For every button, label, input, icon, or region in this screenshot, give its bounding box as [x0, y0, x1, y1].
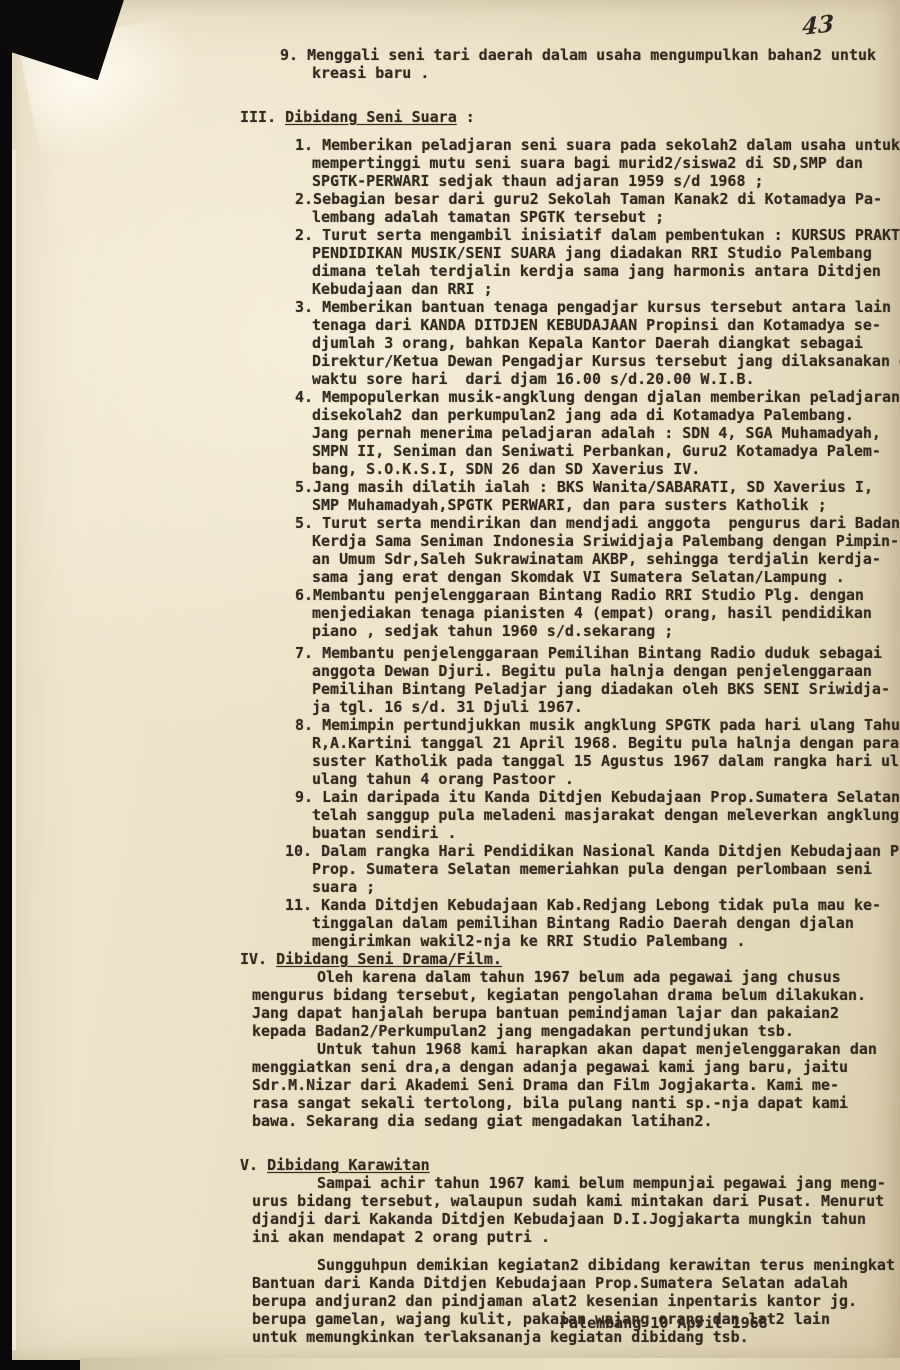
text-line: Sdr.M.Nizar dari Akademi Seni Drama dan …	[252, 1076, 900, 1094]
text-line: suara ;	[312, 878, 900, 896]
bottom-edge-strip	[80, 1358, 900, 1370]
heading-suffix: :	[457, 108, 475, 126]
heading-title: Dibidang Seni Drama/Film.	[276, 950, 502, 968]
heading-numeral: III.	[240, 108, 285, 126]
text-line: ini akan mendapat 2 orang putri .	[252, 1228, 900, 1246]
text-line: Direktur/Ketua Dewan Pengadjar Kursus te…	[312, 352, 900, 370]
text-line: Pemilihan Bintang Peladjar jang diadakan…	[312, 680, 900, 698]
text-line: 3. Memberikan bantuan tenaga pengadjar k…	[295, 298, 900, 316]
text-line: disekolah2 dan perkumpulan2 jang ada di …	[312, 406, 900, 424]
text-line: Kerdja Sama Seniman Indonesia Sriwidjaja…	[312, 532, 900, 550]
text-line: PENDIDIKAN MUSIK/SENI SUARA jang diadaka…	[312, 244, 900, 262]
scan-edge-notch	[0, 555, 9, 615]
paper-edge-highlight	[12, 150, 16, 1350]
text-line: sama jang erat dengan Skomdak VI Sumater…	[312, 568, 900, 586]
section-heading: V. Dibidang Karawitan	[240, 1156, 900, 1174]
text-line: mempertinggi mutu seni suara bagi murid2…	[312, 154, 900, 172]
text-line: 5. Turut serta mendirikan dan mendjadi a…	[295, 514, 900, 532]
text-line: anggota Dewan Djuri. Begitu pula halnja …	[312, 662, 900, 680]
text-line: bang, S.O.K.S.I, SDN 26 dan SD Xaverius …	[312, 460, 900, 478]
text-line: SPGTK-PERWARI sedjak thaun adjaran 1959 …	[312, 172, 900, 190]
text-line: Jang dapat hanjalah berupa bantuan pemin…	[252, 1004, 900, 1022]
text-line: 2.Sebagian besar dari guru2 Sekolah Tama…	[295, 190, 900, 208]
text-line: mengirimkan wakil2-nja ke RRI Studio Pal…	[312, 932, 900, 950]
text-line: 8. Memimpin pertundjukkan musik angklung…	[295, 716, 900, 734]
text-line: ulang tahun 4 orang Pastoor .	[312, 770, 900, 788]
text-line: djumlah 3 orang, bahkan Kepala Kantor Da…	[312, 334, 900, 352]
text-line: an Umum Sdr,Saleh Sukrawinatam AKBP, seh…	[312, 550, 900, 568]
text-line: Sungguhpun demikian kegiatan2 dibidang k…	[317, 1256, 900, 1274]
text-line: SMPN II, Seniman dan Seniwati Perbankan,…	[312, 442, 900, 460]
text-line: Untuk tahun 1968 kami harapkan akan dapa…	[317, 1040, 900, 1058]
text-line: rasa sangat sekali tertolong, bila pulan…	[252, 1094, 900, 1112]
text-line: Prop. Sumatera Selatan memeriahkan pula …	[312, 860, 900, 878]
text-line: kreasi baru .	[312, 64, 900, 82]
text-line: 2. Turut serta mengambil inisiatif dalam…	[295, 226, 900, 244]
text-line: bawa. Sekarang dia sedang giat mengadaka…	[252, 1112, 900, 1130]
heading-title: Dibidang Karawitan	[267, 1156, 430, 1174]
text-line: ja tgl. 16 s/d. 31 Djuli 1967.	[312, 698, 900, 716]
text-line: mengurus bidang tersebut, kegiatan pengo…	[252, 986, 900, 1004]
text-line: 6.Membantu penjelenggaraan Bintang Radio…	[295, 586, 900, 604]
text-line: lembang adalah tamatan SPGTK tersebut ;	[312, 208, 900, 226]
text-line: 9. Menggali seni tari daerah dalam usaha…	[280, 46, 900, 64]
section-heading: III. Dibidang Seni Suara :	[240, 108, 900, 126]
text-line: R,A.Kartini tanggal 21 April 1968. Begit…	[312, 734, 900, 752]
text-line: Bantuan dari Kanda Ditdjen Kebudajaan Pr…	[252, 1274, 900, 1292]
heading-numeral: V.	[240, 1156, 267, 1174]
text-line: waktu sore hari dari djam 16.00 s/d.20.0…	[312, 370, 900, 388]
heading-numeral: IV.	[240, 950, 276, 968]
text-line: tinggalan dalam pemilihan Bintang Radio …	[312, 914, 900, 932]
scan-edge-notch	[0, 900, 11, 970]
text-line: Oleh karena dalam tahun 1967 belum ada p…	[317, 968, 900, 986]
section-heading: IV. Dibidang Seni Drama/Film.	[240, 950, 900, 968]
text-line: dimana telah terdjalin kerdja sama jang …	[312, 262, 900, 280]
date-line: Palembang 10 April 1968	[560, 1314, 768, 1332]
text-line: Jang pernah menerima peladjaran adalah :…	[312, 424, 900, 442]
text-line: 7. Membantu penjelenggaraan Pemilihan Bi…	[295, 644, 900, 662]
text-line: kepada Badan2/Perkumpulan2 jang mengadak…	[252, 1022, 900, 1040]
text-line: SMP Muhamadyah,SPGTK PERWARI, dan para s…	[312, 496, 900, 514]
text-line: buatan sendiri .	[312, 824, 900, 842]
text-line: Sampai achir tahun 1967 kami belum mempu…	[317, 1174, 900, 1192]
text-line: piano , sedjak tahun 1960 s/d.sekarang ;	[312, 622, 900, 640]
text-line: 1. Memberikan peladjaran seni suara pada…	[295, 136, 900, 154]
paper: 43 9. Menggali seni tari daerah dalam us…	[12, 0, 900, 1360]
text-line: urus bidang tersebut, walaupun sudah kam…	[252, 1192, 900, 1210]
text-line: berupa andjuran2 dan pindjaman alat2 kes…	[252, 1292, 900, 1310]
text-line: djandji dari Kakanda Ditdjen Kebudajaan …	[252, 1210, 900, 1228]
page-number: 43	[802, 10, 834, 41]
text-line: 11. Kanda Ditdjen Kebudajaan Kab.Redjang…	[285, 896, 900, 914]
text-line: menjediakan tenaga pianisten 4 (empat) o…	[312, 604, 900, 622]
text-line: suster Katholik pada tanggal 15 Agustus …	[312, 752, 900, 770]
text-line: telah sanggup pula meladeni masjarakat d…	[312, 806, 900, 824]
text-line: 10. Dalam rangka Hari Pendidikan Nasiona…	[285, 842, 900, 860]
heading-title: Dibidang Seni Suara	[285, 108, 457, 126]
document-lines: 9. Menggali seni tari daerah dalam usaha…	[12, 46, 900, 1346]
scan-background: 43 9. Menggali seni tari daerah dalam us…	[0, 0, 900, 1370]
text-line: 4. Mempopulerkan musik-angklung dengan d…	[295, 388, 900, 406]
text-line: 9. Lain daripada itu Kanda Ditdjen Kebud…	[295, 788, 900, 806]
text-line: 5.Jang masih dilatih ialah : BKS Wanita/…	[295, 478, 900, 496]
text-line: tenaga dari KANDA DITDJEN KEBUDAJAAN Pro…	[312, 316, 900, 334]
text-line: Kebudajaan dan RRI ;	[312, 280, 900, 298]
text-line: menggiatkan seni dra,a dengan adanja peg…	[252, 1058, 900, 1076]
